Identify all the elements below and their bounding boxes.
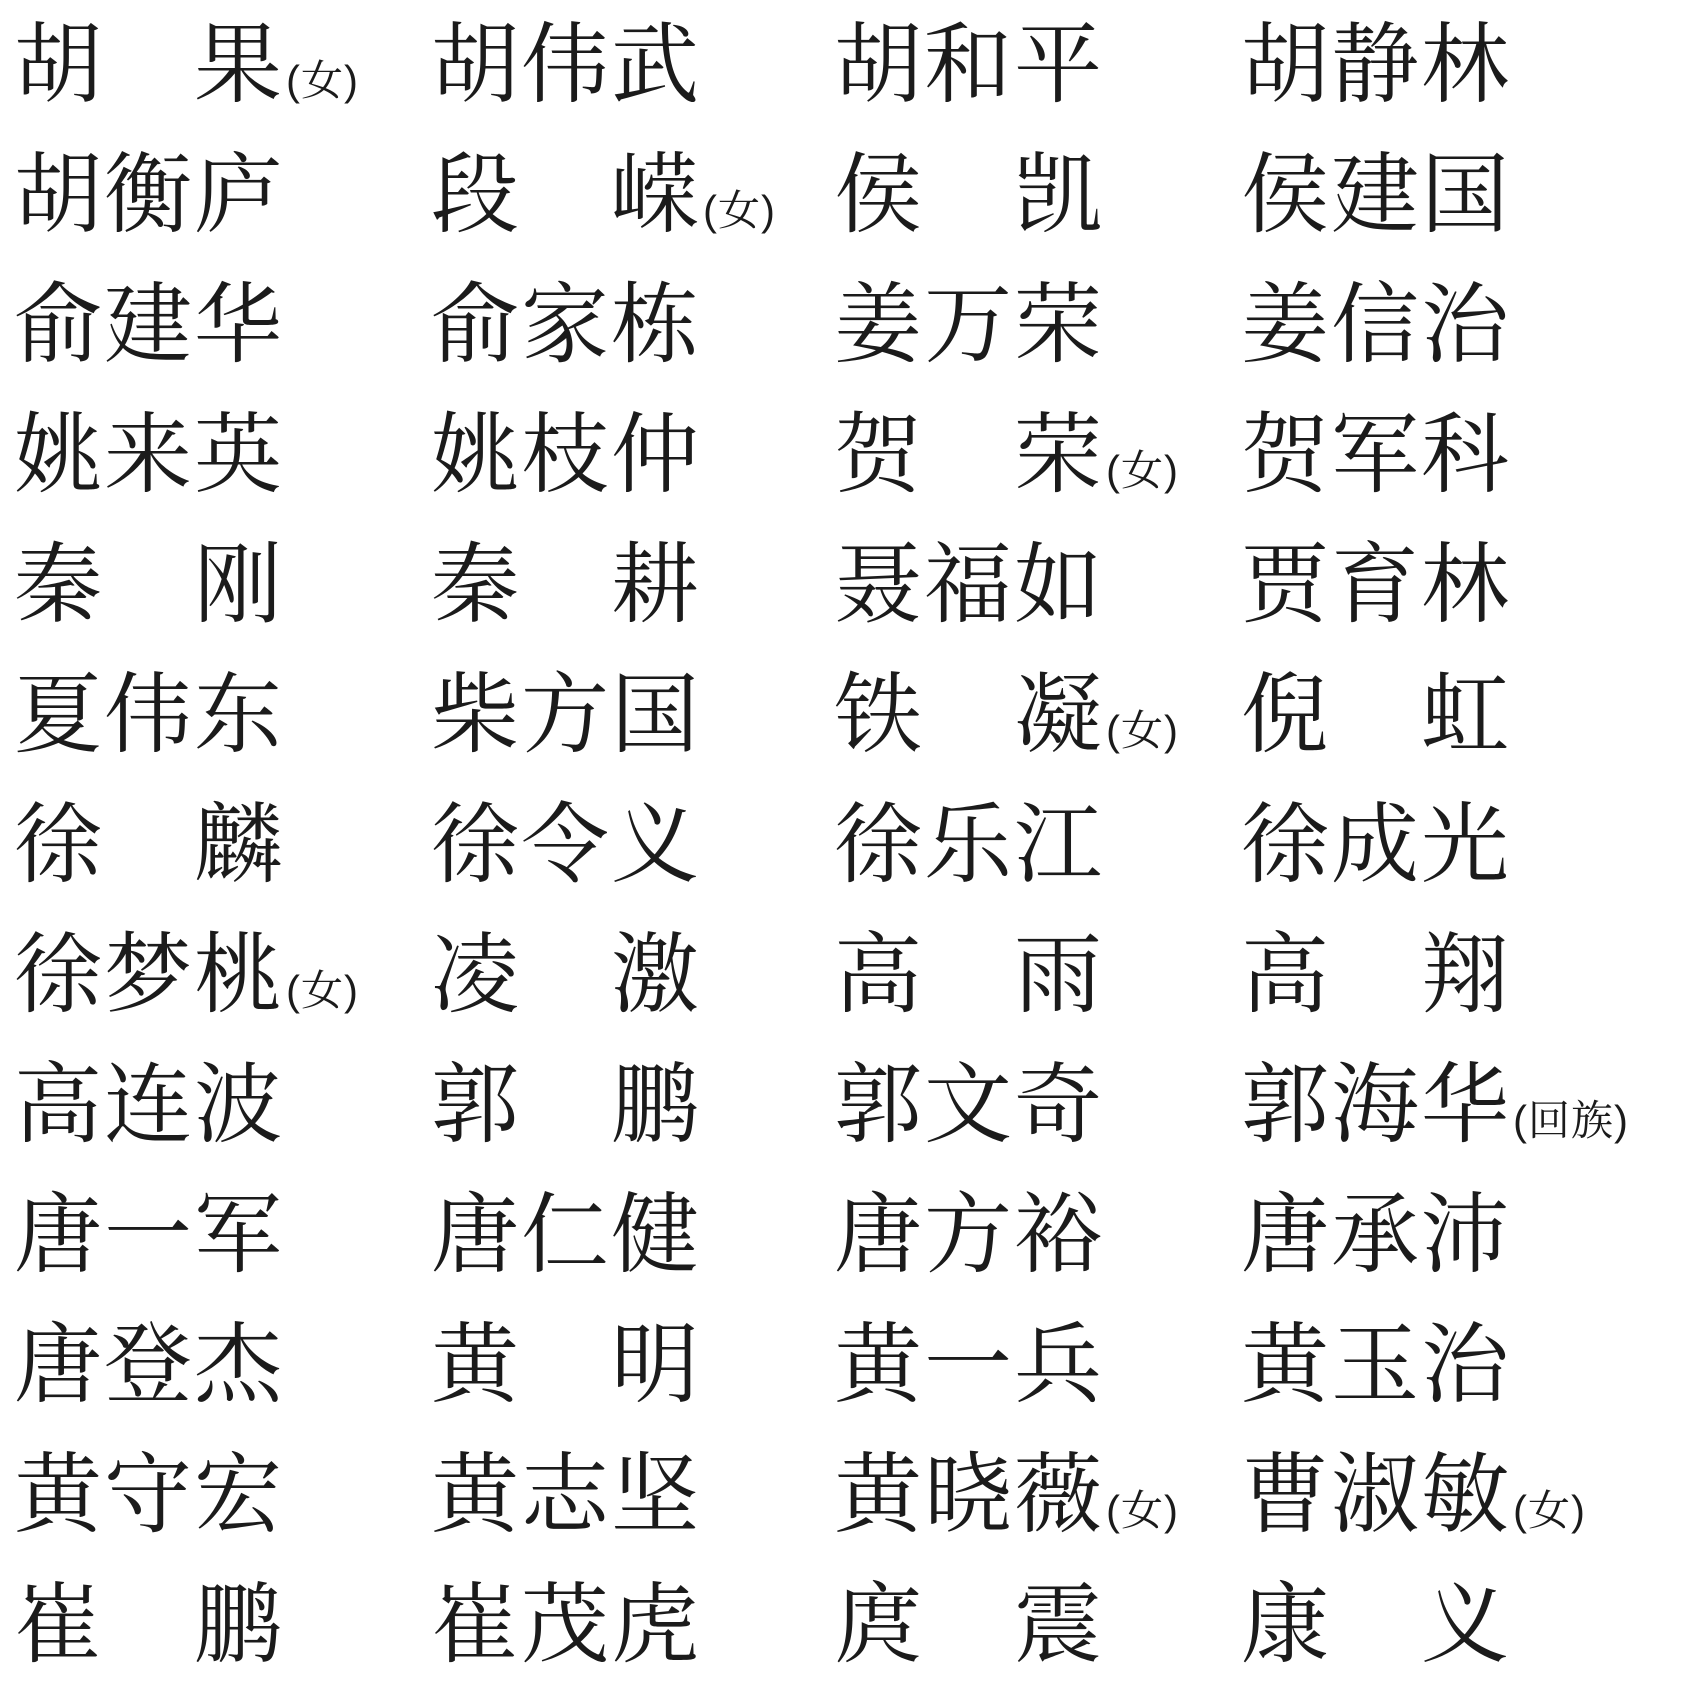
person-name: 铁 凝 <box>834 665 1104 764</box>
name-entry: 唐登杰 <box>0 1300 417 1430</box>
person-name: 贾育林 <box>1241 535 1511 634</box>
name-entry: 唐承沛 <box>1227 1170 1707 1300</box>
name-entry: 段 嵘(女) <box>417 130 820 260</box>
name-entry: 姜信治 <box>1227 260 1707 390</box>
person-name: 唐一军 <box>14 1185 284 1284</box>
name-entry: 郭文奇 <box>820 1040 1227 1170</box>
gender-ethnicity-note: (女) <box>1513 1487 1586 1534</box>
gender-ethnicity-note: (女) <box>1106 1487 1179 1534</box>
gender-ethnicity-note: (女) <box>1106 707 1179 754</box>
name-entry: 徐乐江 <box>820 780 1227 910</box>
person-name: 胡伟武 <box>431 15 701 114</box>
name-entry: 徐成光 <box>1227 780 1707 910</box>
person-name: 贺 荣 <box>834 405 1104 504</box>
person-name: 聂福如 <box>834 535 1104 634</box>
person-name: 黄 明 <box>431 1315 701 1414</box>
person-name: 胡和平 <box>834 15 1104 114</box>
name-entry: 侯建国 <box>1227 130 1707 260</box>
name-entry: 俞建华 <box>0 260 417 390</box>
person-name: 黄志坚 <box>431 1445 701 1544</box>
gender-ethnicity-note: (女) <box>286 967 359 1014</box>
name-entry: 姚枝仲 <box>417 390 820 520</box>
name-entry: 唐一军 <box>0 1170 417 1300</box>
name-entry: 庹 震 <box>820 1560 1227 1690</box>
person-name: 庹 震 <box>834 1575 1104 1674</box>
person-name: 侯建国 <box>1241 145 1511 244</box>
name-entry: 崔 鹏 <box>0 1560 417 1690</box>
name-list-grid: 胡 果(女) 胡伟武 胡和平 胡静林 胡衡庐 段 嵘(女) 侯 凯 侯建国 俞建… <box>0 0 1707 1690</box>
person-name: 胡静林 <box>1241 15 1511 114</box>
person-name: 黄守宏 <box>14 1445 284 1544</box>
name-entry: 黄晓薇(女) <box>820 1430 1227 1560</box>
name-entry: 聂福如 <box>820 520 1227 650</box>
name-entry: 唐仁健 <box>417 1170 820 1300</box>
name-entry: 夏伟东 <box>0 650 417 780</box>
name-entry: 胡和平 <box>820 0 1227 130</box>
person-name: 柴方国 <box>431 665 701 764</box>
name-entry: 崔茂虎 <box>417 1560 820 1690</box>
person-name: 徐 麟 <box>14 795 284 894</box>
person-name: 高 翔 <box>1241 925 1511 1024</box>
person-name: 唐承沛 <box>1241 1185 1511 1284</box>
name-entry: 贺军科 <box>1227 390 1707 520</box>
person-name: 郭 鹏 <box>431 1055 701 1154</box>
name-entry: 黄 明 <box>417 1300 820 1430</box>
person-name: 高连波 <box>14 1055 284 1154</box>
person-name: 唐方裕 <box>834 1185 1104 1284</box>
person-name: 徐成光 <box>1241 795 1511 894</box>
name-entry: 徐令义 <box>417 780 820 910</box>
person-name: 胡衡庐 <box>14 145 284 244</box>
name-entry: 姚来英 <box>0 390 417 520</box>
name-entry: 曹淑敏(女) <box>1227 1430 1707 1560</box>
name-entry: 黄志坚 <box>417 1430 820 1560</box>
name-entry: 凌 激 <box>417 910 820 1040</box>
name-entry: 胡衡庐 <box>0 130 417 260</box>
person-name: 俞家栋 <box>431 275 701 374</box>
name-entry: 柴方国 <box>417 650 820 780</box>
person-name: 郭海华 <box>1241 1055 1511 1154</box>
name-entry: 唐方裕 <box>820 1170 1227 1300</box>
name-entry: 贾育林 <box>1227 520 1707 650</box>
person-name: 郭文奇 <box>834 1055 1104 1154</box>
person-name: 唐仁健 <box>431 1185 701 1284</box>
name-entry: 黄玉治 <box>1227 1300 1707 1430</box>
person-name: 姚来英 <box>14 405 284 504</box>
person-name: 黄一兵 <box>834 1315 1104 1414</box>
person-name: 崔茂虎 <box>431 1575 701 1674</box>
name-entry: 徐梦桃(女) <box>0 910 417 1040</box>
name-entry: 贺 荣(女) <box>820 390 1227 520</box>
person-name: 凌 激 <box>431 925 701 1024</box>
name-entry: 秦 刚 <box>0 520 417 650</box>
name-entry: 郭海华(回族) <box>1227 1040 1707 1170</box>
name-entry: 康 义 <box>1227 1560 1707 1690</box>
name-entry: 铁 凝(女) <box>820 650 1227 780</box>
person-name: 徐乐江 <box>834 795 1104 894</box>
person-name: 倪 虹 <box>1241 665 1511 764</box>
person-name: 唐登杰 <box>14 1315 284 1414</box>
name-entry: 郭 鹏 <box>417 1040 820 1170</box>
name-entry: 倪 虹 <box>1227 650 1707 780</box>
person-name: 黄晓薇 <box>834 1445 1104 1544</box>
name-entry: 徐 麟 <box>0 780 417 910</box>
gender-ethnicity-note: (女) <box>286 57 359 104</box>
person-name: 高 雨 <box>834 925 1104 1024</box>
name-entry: 胡 果(女) <box>0 0 417 130</box>
name-entry: 黄守宏 <box>0 1430 417 1560</box>
gender-ethnicity-note: (回族) <box>1513 1097 1629 1144</box>
person-name: 段 嵘 <box>431 145 701 244</box>
name-entry: 秦 耕 <box>417 520 820 650</box>
person-name: 曹淑敏 <box>1241 1445 1511 1544</box>
person-name: 秦 刚 <box>14 535 284 634</box>
person-name: 徐令义 <box>431 795 701 894</box>
name-entry: 高 翔 <box>1227 910 1707 1040</box>
name-entry: 高 雨 <box>820 910 1227 1040</box>
person-name: 姜万荣 <box>834 275 1104 374</box>
person-name: 姜信治 <box>1241 275 1511 374</box>
name-entry: 胡伟武 <box>417 0 820 130</box>
person-name: 康 义 <box>1241 1575 1511 1674</box>
person-name: 贺军科 <box>1241 405 1511 504</box>
person-name: 崔 鹏 <box>14 1575 284 1674</box>
person-name: 俞建华 <box>14 275 284 374</box>
person-name: 夏伟东 <box>14 665 284 764</box>
person-name: 胡 果 <box>14 15 284 114</box>
person-name: 徐梦桃 <box>14 925 284 1024</box>
name-entry: 侯 凯 <box>820 130 1227 260</box>
person-name: 姚枝仲 <box>431 405 701 504</box>
person-name: 黄玉治 <box>1241 1315 1511 1414</box>
name-entry: 黄一兵 <box>820 1300 1227 1430</box>
gender-ethnicity-note: (女) <box>703 187 776 234</box>
name-entry: 姜万荣 <box>820 260 1227 390</box>
person-name: 秦 耕 <box>431 535 701 634</box>
name-entry: 俞家栋 <box>417 260 820 390</box>
gender-ethnicity-note: (女) <box>1106 447 1179 494</box>
person-name: 侯 凯 <box>834 145 1104 244</box>
name-entry: 高连波 <box>0 1040 417 1170</box>
name-entry: 胡静林 <box>1227 0 1707 130</box>
